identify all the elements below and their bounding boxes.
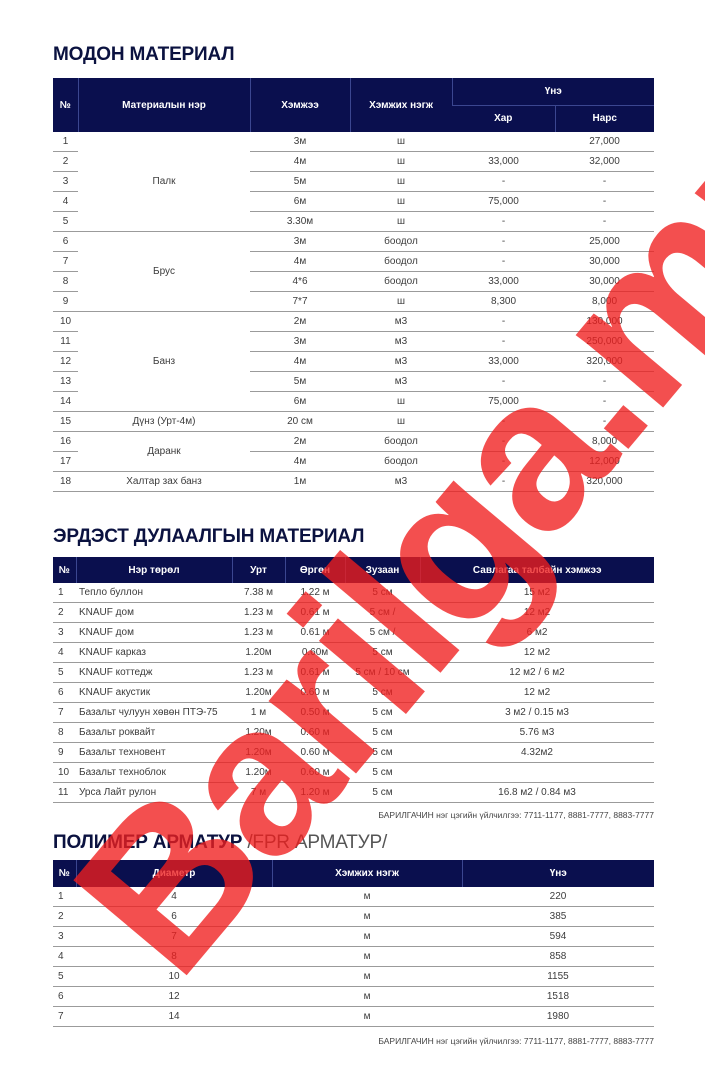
cell-coverage: 3 м2 / 0.15 м3	[420, 703, 654, 723]
cell-coverage: 4.32м2	[420, 743, 654, 763]
cell-no: 10	[53, 312, 78, 332]
cell-no: 13	[53, 372, 78, 392]
cell-material-name: Палк	[78, 132, 250, 232]
cell-no: 17	[53, 452, 78, 472]
cell-price-black: 75,000	[452, 192, 555, 212]
cell-material-name: Банз	[78, 312, 250, 412]
cell-unit: м3	[350, 472, 452, 492]
cell-no: 14	[53, 392, 78, 412]
cell-price-pine: 8,000	[555, 432, 654, 452]
col-name-type: Нэр төрөл	[76, 557, 232, 583]
cell-size: 6м	[250, 192, 350, 212]
cell-price-black: -	[452, 232, 555, 252]
cell-thickness: 5 см /	[345, 623, 420, 643]
cell-unit: м	[272, 907, 462, 927]
cell-coverage: 12 м2	[420, 683, 654, 703]
cell-size: 1м	[250, 472, 350, 492]
cell-unit: м	[272, 947, 462, 967]
cell-no: 9	[53, 292, 78, 312]
cell-name: Базальт роквайт	[76, 723, 232, 743]
cell-price-pine: 8,000	[555, 292, 654, 312]
cell-width: 0.60 м	[285, 683, 345, 703]
cell-no: 10	[53, 763, 76, 783]
cell-price-pine: 27,000	[555, 132, 654, 152]
wood-price-table: № Материалын нэр Хэмжээ Хэмжих нэгж Үнэ …	[53, 78, 654, 492]
cell-price-pine: -	[555, 192, 654, 212]
cell-name: Базальт техновент	[76, 743, 232, 763]
col-thickness: Зузаан	[345, 557, 420, 583]
cell-material-name: Дүнз (Урт-4м)	[78, 412, 250, 432]
cell-no: 7	[53, 1007, 76, 1027]
cell-price-pine: 30,000	[555, 252, 654, 272]
cell-thickness: 5 см	[345, 783, 420, 803]
cell-length: 1 м	[232, 703, 285, 723]
cell-price-black: 33,000	[452, 152, 555, 172]
cell-name: KNAUF карказ	[76, 643, 232, 663]
cell-price-pine: 130,000	[555, 312, 654, 332]
cell-unit: ш	[350, 172, 452, 192]
cell-price-pine: -	[555, 172, 654, 192]
cell-name: Тепло буллон	[76, 583, 232, 603]
cell-price-pine: 32,000	[555, 152, 654, 172]
cell-unit: ш	[350, 392, 452, 412]
cell-no: 12	[53, 352, 78, 372]
cell-length: 1.20м	[232, 683, 285, 703]
cell-price-black: -	[452, 252, 555, 272]
cell-no: 1	[53, 132, 78, 152]
contact-footer: БАРИЛГАЧИН нэг цэгийн үйлчилгээ: 7711-11…	[378, 810, 654, 820]
cell-material-name: Брус	[78, 232, 250, 312]
col-price-pine: Нарс	[555, 105, 654, 132]
cell-size: 5м	[250, 172, 350, 192]
cell-unit: м3	[350, 332, 452, 352]
cell-unit: ш	[350, 412, 452, 432]
cell-no: 15	[53, 412, 78, 432]
cell-coverage: 15 м2	[420, 583, 654, 603]
cell-diameter: 14	[76, 1007, 272, 1027]
rebar-title-main: ПОЛИМЕР АРМАТУР	[53, 832, 242, 853]
cell-width: 0.61 м	[285, 623, 345, 643]
cell-price-black: -	[452, 472, 555, 492]
cell-no: 1	[53, 583, 76, 603]
cell-price: 1155	[462, 967, 654, 987]
cell-price-black: -	[452, 212, 555, 232]
cell-no: 3	[53, 623, 76, 643]
cell-length: 7.38 м	[232, 583, 285, 603]
cell-price: 385	[462, 907, 654, 927]
cell-name: Урса Лайт рулон	[76, 783, 232, 803]
cell-length: 1.20м	[232, 743, 285, 763]
cell-length: 1.23 м	[232, 663, 285, 683]
cell-price: 594	[462, 927, 654, 947]
cell-no: 6	[53, 683, 76, 703]
table-row: 10Базальт техноблок1.20м0.60 м5 см	[53, 763, 654, 783]
cell-price-pine: 12,000	[555, 452, 654, 472]
table-row: 9Базальт техновент1.20м0.60 м5 см4.32м2	[53, 743, 654, 763]
cell-size: 5м	[250, 372, 350, 392]
cell-coverage: 12 м2 / 6 м2	[420, 663, 654, 683]
wood-section-title: МОДОН МАТЕРИАЛ	[53, 44, 234, 66]
contact-footer: БАРИЛГАЧИН нэг цэгийн үйлчилгээ: 7711-11…	[378, 1036, 654, 1046]
col-unit: Хэмжих нэгж	[272, 860, 462, 887]
table-row: 1Тепло буллон7.38 м1.22 м5 см15 м2	[53, 583, 654, 603]
cell-coverage	[420, 763, 654, 783]
col-coverage: Савлагаа талбайн хэмжээ	[420, 557, 654, 583]
cell-length: 1.20м	[232, 643, 285, 663]
table-row: 7Базальт чулуун хөвөн ПТЭ-751 м0.50 м5 с…	[53, 703, 654, 723]
cell-price-black: -	[452, 172, 555, 192]
cell-price-black: -	[452, 412, 555, 432]
cell-width: 0.60м	[285, 643, 345, 663]
cell-price-pine: -	[555, 392, 654, 412]
cell-unit: м3	[350, 352, 452, 372]
cell-unit: м3	[350, 372, 452, 392]
table-row: 15Дүнз (Урт-4м)20 смш--	[53, 412, 654, 432]
table-row: 16Даранк2мбоодол-8,000	[53, 432, 654, 452]
insulation-section-title: ЭРДЭСТ ДУЛААЛГЫН МАТЕРИАЛ	[53, 526, 364, 548]
table-row: 5KNAUF коттедж1.23 м0.61 м5 см / 10 см12…	[53, 663, 654, 683]
cell-length: 1.23 м	[232, 603, 285, 623]
cell-length: 1.23 м	[232, 623, 285, 643]
cell-no: 3	[53, 172, 78, 192]
col-length: Урт	[232, 557, 285, 583]
table-row: 14м220	[53, 887, 654, 907]
cell-width: 0.50 м	[285, 703, 345, 723]
cell-price-black: -	[452, 452, 555, 472]
cell-no: 5	[53, 212, 78, 232]
cell-price-black: 75,000	[452, 392, 555, 412]
cell-unit: м3	[350, 312, 452, 332]
cell-no: 2	[53, 152, 78, 172]
cell-price: 1518	[462, 987, 654, 1007]
cell-price-black: -	[452, 332, 555, 352]
cell-thickness: 5 см	[345, 683, 420, 703]
rebar-section-title: ПОЛИМЕР АРМАТУР /FPR АРМАТУР/	[53, 832, 387, 854]
cell-size: 4м	[250, 152, 350, 172]
cell-width: 1.22 м	[285, 583, 345, 603]
cell-thickness: 5 см	[345, 583, 420, 603]
cell-no: 16	[53, 432, 78, 452]
cell-unit: боодол	[350, 452, 452, 472]
cell-unit: боодол	[350, 232, 452, 252]
table-row: 6KNAUF акустик1.20м0.60 м5 см12 м2	[53, 683, 654, 703]
cell-size: 3.30м	[250, 212, 350, 232]
cell-no: 2	[53, 907, 76, 927]
cell-no: 2	[53, 603, 76, 623]
cell-material-name: Даранк	[78, 432, 250, 472]
col-width: Өргөн	[285, 557, 345, 583]
cell-no: 11	[53, 783, 76, 803]
col-price: Үнэ	[452, 78, 654, 105]
cell-size: 3м	[250, 332, 350, 352]
table-row: 18Халтар зах банз1мм3-320,000	[53, 472, 654, 492]
table-row: 612м1518	[53, 987, 654, 1007]
cell-coverage: 12 м2	[420, 643, 654, 663]
table-row: 1Палк3мш27,000	[53, 132, 654, 152]
cell-size: 4м	[250, 252, 350, 272]
cell-unit: м	[272, 967, 462, 987]
cell-price-black: 33,000	[452, 272, 555, 292]
rebar-title-sub: /FPR АРМАТУР/	[242, 832, 387, 853]
cell-size: 6м	[250, 392, 350, 412]
cell-price: 220	[462, 887, 654, 907]
col-material-name: Материалын нэр	[78, 78, 250, 132]
cell-size: 20 см	[250, 412, 350, 432]
cell-length: 1.20м	[232, 763, 285, 783]
cell-no: 8	[53, 272, 78, 292]
cell-size: 4м	[250, 352, 350, 372]
cell-no: 9	[53, 743, 76, 763]
table-row: 4KNAUF карказ1.20м0.60м5 см12 м2	[53, 643, 654, 663]
cell-no: 3	[53, 927, 76, 947]
table-row: 37м594	[53, 927, 654, 947]
cell-price-pine: 320,000	[555, 352, 654, 372]
cell-size: 2м	[250, 312, 350, 332]
cell-no: 5	[53, 967, 76, 987]
cell-diameter: 10	[76, 967, 272, 987]
cell-unit: боодол	[350, 272, 452, 292]
col-no: №	[53, 557, 76, 583]
cell-size: 7*7	[250, 292, 350, 312]
cell-no: 8	[53, 723, 76, 743]
cell-no: 11	[53, 332, 78, 352]
cell-width: 0.61 м	[285, 663, 345, 683]
table-row: 8Базальт роквайт1.20м0.60 м5 см5.76 м3	[53, 723, 654, 743]
cell-thickness: 5 см	[345, 643, 420, 663]
cell-price-pine: -	[555, 372, 654, 392]
cell-price-pine: 320,000	[555, 472, 654, 492]
col-unit: Хэмжих нэгж	[350, 78, 452, 132]
cell-price-black: -	[452, 432, 555, 452]
cell-unit: ш	[350, 152, 452, 172]
cell-coverage: 12 м2	[420, 603, 654, 623]
cell-price-pine: 250,000	[555, 332, 654, 352]
cell-price-black: -	[452, 312, 555, 332]
cell-price: 1980	[462, 1007, 654, 1027]
cell-no: 18	[53, 472, 78, 492]
cell-unit: ш	[350, 132, 452, 152]
cell-no: 5	[53, 663, 76, 683]
table-row: 3KNAUF дом1.23 м0.61 м5 см /6 м2	[53, 623, 654, 643]
cell-diameter: 6	[76, 907, 272, 927]
cell-width: 1.20 м	[285, 783, 345, 803]
cell-width: 0.60 м	[285, 763, 345, 783]
table-row: 11Урса Лайт рулон7 м1.20 м5 см16.8 м2 / …	[53, 783, 654, 803]
cell-unit: ш	[350, 212, 452, 232]
col-price: Үнэ	[462, 860, 654, 887]
cell-no: 4	[53, 947, 76, 967]
cell-name: KNAUF дом	[76, 603, 232, 623]
table-row: 2KNAUF дом1.23 м0.61 м5 см /12 м2	[53, 603, 654, 623]
cell-diameter: 7	[76, 927, 272, 947]
col-no: №	[53, 860, 76, 887]
cell-width: 0.60 м	[285, 743, 345, 763]
table-row: 714м1980	[53, 1007, 654, 1027]
cell-unit: боодол	[350, 252, 452, 272]
cell-name: KNAUF акустик	[76, 683, 232, 703]
cell-name: KNAUF дом	[76, 623, 232, 643]
table-row: 26м385	[53, 907, 654, 927]
cell-diameter: 12	[76, 987, 272, 1007]
cell-price-pine: -	[555, 412, 654, 432]
cell-no: 6	[53, 987, 76, 1007]
cell-unit: ш	[350, 192, 452, 212]
cell-length: 7 м	[232, 783, 285, 803]
cell-unit: ш	[350, 292, 452, 312]
cell-size: 3м	[250, 232, 350, 252]
table-row: 48м858	[53, 947, 654, 967]
cell-length: 1.20м	[232, 723, 285, 743]
cell-thickness: 5 см	[345, 703, 420, 723]
cell-price-pine: -	[555, 212, 654, 232]
cell-coverage: 6 м2	[420, 623, 654, 643]
cell-diameter: 4	[76, 887, 272, 907]
cell-name: Базальт чулуун хөвөн ПТЭ-75	[76, 703, 232, 723]
cell-no: 7	[53, 703, 76, 723]
cell-thickness: 5 см	[345, 723, 420, 743]
cell-price-black	[452, 132, 555, 152]
col-no: №	[53, 78, 78, 132]
cell-thickness: 5 см /	[345, 603, 420, 623]
cell-size: 4м	[250, 452, 350, 472]
cell-thickness: 5 см	[345, 763, 420, 783]
cell-price-pine: 30,000	[555, 272, 654, 292]
cell-name: KNAUF коттедж	[76, 663, 232, 683]
cell-diameter: 8	[76, 947, 272, 967]
cell-price-black: 33,000	[452, 352, 555, 372]
cell-coverage: 16.8 м2 / 0.84 м3	[420, 783, 654, 803]
cell-price-black: -	[452, 372, 555, 392]
cell-coverage: 5.76 м3	[420, 723, 654, 743]
cell-thickness: 5 см / 10 см	[345, 663, 420, 683]
cell-size: 3м	[250, 132, 350, 152]
cell-unit: м	[272, 1007, 462, 1027]
cell-width: 0.60 м	[285, 723, 345, 743]
table-row: 510м1155	[53, 967, 654, 987]
cell-price: 858	[462, 947, 654, 967]
cell-unit: м	[272, 887, 462, 907]
cell-material-name: Халтар зах банз	[78, 472, 250, 492]
cell-width: 0.61 м	[285, 603, 345, 623]
cell-unit: боодол	[350, 432, 452, 452]
insulation-table: № Нэр төрөл Урт Өргөн Зузаан Савлагаа та…	[53, 557, 654, 803]
cell-thickness: 5 см	[345, 743, 420, 763]
col-size: Хэмжээ	[250, 78, 350, 132]
col-diameter: Диаметр	[76, 860, 272, 887]
col-price-black: Хар	[452, 105, 555, 132]
cell-price-pine: 25,000	[555, 232, 654, 252]
table-row: 10Банз2мм3-130,000	[53, 312, 654, 332]
cell-no: 6	[53, 232, 78, 252]
cell-size: 2м	[250, 432, 350, 452]
cell-price-black: 8,300	[452, 292, 555, 312]
table-row: 6Брус3мбоодол-25,000	[53, 232, 654, 252]
cell-name: Базальт техноблок	[76, 763, 232, 783]
cell-no: 4	[53, 192, 78, 212]
rebar-table: № Диаметр Хэмжих нэгж Үнэ 14м22026м38537…	[53, 860, 654, 1027]
cell-unit: м	[272, 987, 462, 1007]
cell-no: 1	[53, 887, 76, 907]
cell-size: 4*6	[250, 272, 350, 292]
cell-unit: м	[272, 927, 462, 947]
cell-no: 7	[53, 252, 78, 272]
cell-no: 4	[53, 643, 76, 663]
